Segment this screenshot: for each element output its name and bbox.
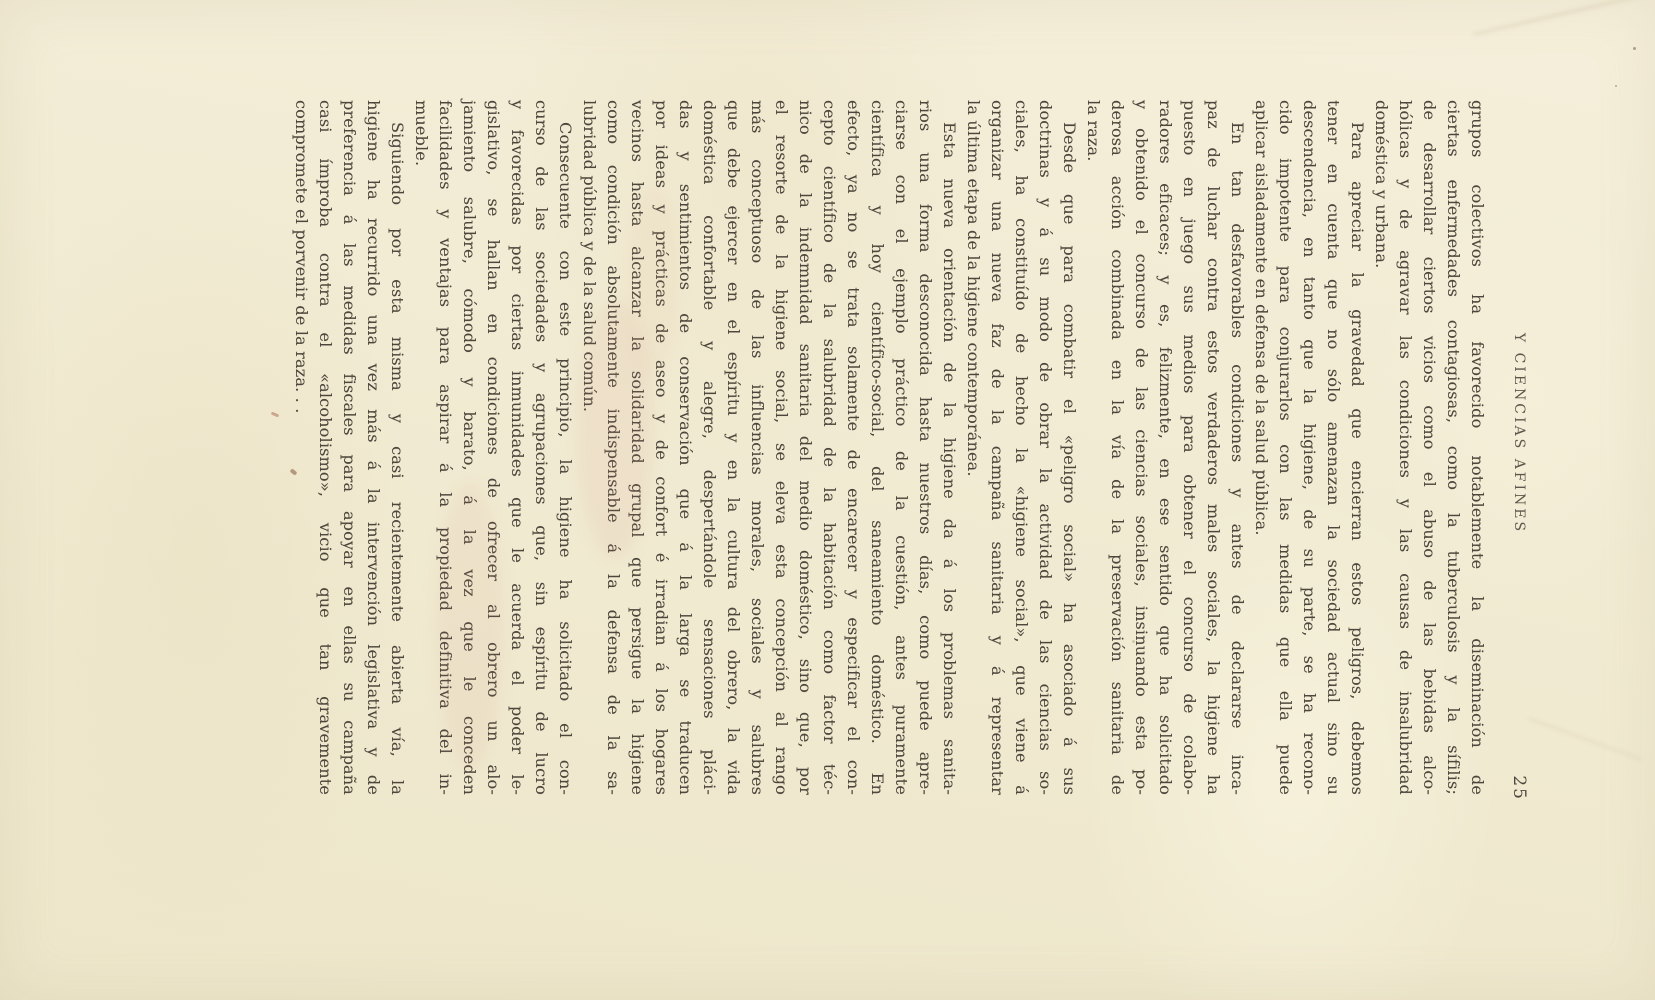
text-line: que debe ejercer en el espíritu y en la … [721, 100, 745, 795]
text-line: En tan desfavorables condiciones y antes… [1225, 100, 1249, 795]
text-line: ciertas enfermedades contagiosas, como l… [1441, 100, 1465, 795]
text-line: vecinos hasta alcanzar la solidaridad gr… [625, 100, 649, 795]
text-line: tener en cuenta que no sólo amenazan la … [1321, 100, 1345, 795]
text-line: ciarse con el ejemplo práctico de la cue… [889, 100, 913, 795]
text-line: nico de la indemnidad sanitaria del medi… [793, 100, 817, 795]
running-header-title: Y CIENCIAS AFINES [1507, 86, 1531, 781]
text-line: higiene ha recurrido una vez más á la in… [361, 100, 385, 795]
text-line: y obtenido el concurso de las ciencias s… [1129, 100, 1153, 795]
text-line: das y sentimientos de conservación que á… [673, 100, 697, 795]
text-line: curso de las sociedades y agrupaciones q… [529, 100, 553, 795]
text-line: paz de luchar contra estos verdaderos ma… [1201, 100, 1225, 795]
ink-speck [1633, 47, 1636, 50]
text-line: científica y hoy científico-social, del … [865, 100, 889, 795]
text-line: puesto en juego sus medios para obtener … [1177, 100, 1201, 795]
text-line: el resorte de la higiene social, se elev… [769, 100, 793, 795]
text-line: cido impotente para conjurarlos con las … [1273, 100, 1297, 795]
book-page: Y CIENCIAS AFINES 25 grupos colectivos h… [0, 0, 1655, 1000]
text-line: aplicar aisladamente en defensa de la sa… [1249, 100, 1273, 795]
text-line: de desarrollar ciertos vicios como el ab… [1417, 100, 1441, 795]
ink-speck [271, 412, 280, 418]
text-line: lubridad pública y de la salud común. [577, 100, 601, 795]
text-line: compromete el porvenir de la raza. . . [289, 100, 313, 795]
text-line: derosa acción combinada en la vía de la … [1105, 100, 1129, 795]
text-line: casi ímproba contra el «alcoholismo», vi… [313, 100, 337, 795]
text-line: grupos colectivos ha favorecido notablem… [1465, 100, 1489, 795]
text-line: Esta nueva orientación de la higiene da … [937, 100, 961, 795]
text-line: radores eficaces; y es, felizmente, en e… [1153, 100, 1177, 795]
text-line: Consecuente con este principio, la higie… [553, 100, 577, 795]
text-line: Siguiendo por esta misma y casi reciente… [385, 100, 409, 795]
text-line: facilidades y ventajas para aspirar á la… [433, 100, 457, 795]
page-number: 25 [1507, 775, 1531, 801]
text-line: la última etapa de la higiene contemporá… [961, 100, 985, 795]
text-line: efecto, ya no se trata solamente de enca… [841, 100, 865, 795]
text-line: como condición absolutamente indispensab… [601, 100, 625, 795]
text-line: jamiento salubre, cómodo y barato, á la … [457, 100, 481, 795]
text-line: doctrinas y á su modo de obrar la activi… [1033, 100, 1057, 795]
text-line: Desde que para combatir el «peligro soci… [1057, 100, 1081, 795]
text-line: más conceptuoso de las influencias moral… [745, 100, 769, 795]
text-line: mueble. [409, 100, 433, 795]
ink-speck [1615, 85, 1617, 87]
text-line: organizar una nueva faz de la campaña sa… [985, 100, 1009, 795]
text-line: ciales, ha constituído de hecho la «higi… [1009, 100, 1033, 795]
text-line: Para apreciar la gravedad que encierran … [1345, 100, 1369, 795]
text-line: la raza. [1081, 100, 1105, 795]
text-line: descendencia, en tanto que la higiene, d… [1297, 100, 1321, 795]
body-text-block: grupos colectivos ha favorecido notablem… [289, 100, 1489, 795]
text-line: cepto científico de la salubridad de la … [817, 100, 841, 795]
text-line: doméstica y urbana. [1369, 100, 1393, 795]
text-line: doméstica confortable y alegre, despertá… [697, 100, 721, 795]
text-line: hólicas y de agravar las condiciones y l… [1393, 100, 1417, 795]
text-line: por ideas y prácticas de aseo y de confo… [649, 100, 673, 795]
text-line: y favorecidas por ciertas inmunidades qu… [505, 100, 529, 795]
text-line: gislativo, se hallan en condiciones de o… [481, 100, 505, 795]
paper-crease [1528, 718, 1641, 761]
text-line: rios una forma desconocida hasta nuestro… [913, 100, 937, 795]
paper-crease [1473, 0, 1655, 35]
text-line: preferencia á las medidas fiscales para … [337, 100, 361, 795]
running-header: Y CIENCIAS AFINES 25 [1507, 100, 1531, 795]
document-scan: Y CIENCIAS AFINES 25 grupos colectivos h… [0, 0, 1655, 1000]
